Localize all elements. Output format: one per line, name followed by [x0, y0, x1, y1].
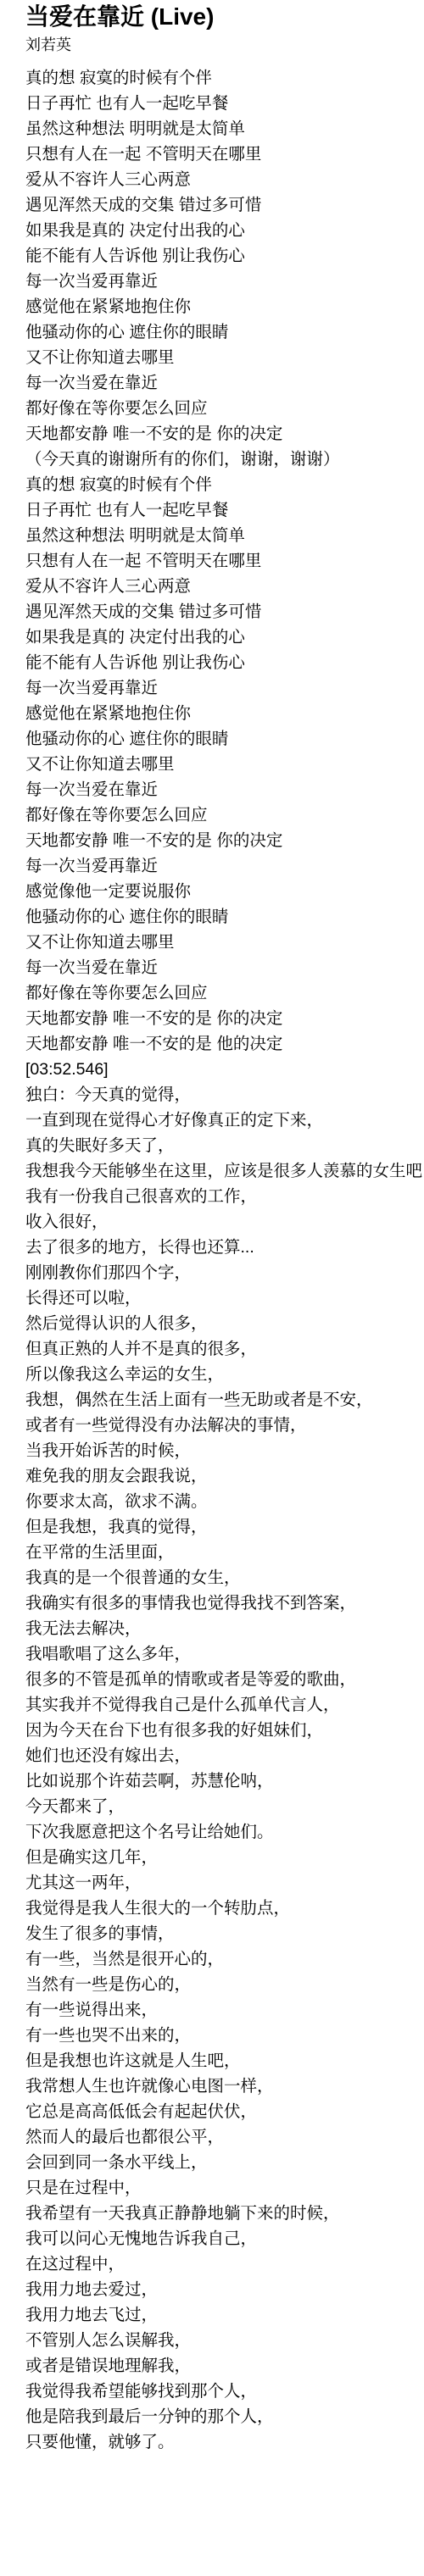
lyric-line: 他是陪我到最后一分钟的那个人， [25, 2404, 424, 2429]
lyric-line: 有一些说得出来， [25, 1997, 424, 2023]
lyric-line: 然后觉得认识的人很多， [25, 1311, 424, 1336]
lyric-line: 每一次当爱再靠近 [25, 269, 424, 294]
lyric-line: 又不让你知道去哪里 [25, 752, 424, 777]
lyric-line: 我确实有很多的事情我也觉得我找不到答案， [25, 1591, 424, 1616]
lyric-line: 但是确实这几年， [25, 1845, 424, 1870]
lyric-line: 比如说那个许茹芸啊，苏慧伦呐， [25, 1768, 424, 1794]
lyric-line: 尤其这一两年， [25, 1870, 424, 1896]
lyric-line: 又不让你知道去哪里 [25, 930, 424, 955]
lyric-line: 只是在过程中， [25, 2175, 424, 2201]
lyric-line: 都好像在等你要怎么回应 [25, 802, 424, 828]
lyric-line: 爱从不容许人三心两意 [25, 574, 424, 599]
lyric-line: 日子再忙 也有人一起吃早餐 [25, 91, 424, 116]
lyric-line: 天地都安静 唯一不安的是 你的决定 [25, 828, 424, 853]
lyric-line: 我可以问心无愧地告诉我自己， [25, 2226, 424, 2251]
lyric-line: [03:52.546] [25, 1057, 424, 1082]
lyric-line: 我真的是一个很普通的女生， [25, 1565, 424, 1591]
lyric-line: 长得还可以啦， [25, 1285, 424, 1311]
lyric-line: 当我开始诉苦的时候， [25, 1438, 424, 1463]
lyric-line: 感觉他在紧紧地抱住你 [25, 701, 424, 726]
lyric-line: 我想我今天能够坐在这里，应该是很多人羡慕的女生吧 [25, 1158, 424, 1184]
lyric-line: 一直到现在觉得心才好像真正的定下来， [25, 1108, 424, 1133]
lyric-line: 真的想 寂寞的时候有个伴 [25, 65, 424, 91]
lyric-line: 每一次当爱在靠近 [25, 370, 424, 396]
lyric-line: 我用力地去飞过， [25, 2302, 424, 2328]
lyric-line: 日子再忙 也有人一起吃早餐 [25, 497, 424, 523]
lyric-line: 真的想 寂寞的时候有个伴 [25, 472, 424, 497]
lyric-line: 或者有一些觉得没有办法解决的事情， [25, 1413, 424, 1438]
lyric-line: 今天都来了， [25, 1794, 424, 1819]
lyric-line: 或者是错误地理解我， [25, 2353, 424, 2379]
lyrics-page: 当爱在靠近 (Live) 刘若英 真的想 寂寞的时候有个伴日子再忙 也有人一起吃… [0, 0, 424, 2455]
lyric-line: 天地都安静 唯一不安的是 你的决定 [25, 1006, 424, 1031]
lyric-line: 真的失眠好多天了， [25, 1133, 424, 1158]
lyric-line: 虽然这种想法 明明就是太简单 [25, 116, 424, 142]
lyric-line: 他骚动你的心 遮住你的眼睛 [25, 319, 424, 345]
lyric-line: 刚刚教你们那四个字， [25, 1260, 424, 1285]
lyric-line: 他骚动你的心 遮住你的眼睛 [25, 726, 424, 752]
lyric-line: 能不能有人告诉他 别让我伤心 [25, 243, 424, 269]
lyric-line: 有一些也哭不出来的， [25, 2023, 424, 2048]
lyric-line: 我唱歌唱了这么多年， [25, 1641, 424, 1667]
lyric-line: 在这过程中， [25, 2251, 424, 2277]
lyric-line: 它总是高高低低会有起起伏伏， [25, 2099, 424, 2124]
lyric-line: 遇见浑然天成的交集 错过多可惜 [25, 599, 424, 625]
lyric-line: 每一次当爱再靠近 [25, 853, 424, 879]
lyric-line: 当然有一些是伤心的， [25, 1972, 424, 1997]
lyric-line: 难免我的朋友会跟我说， [25, 1463, 424, 1489]
lyric-line: 感觉像他一定要说服你 [25, 879, 424, 904]
lyric-line: 会回到同一条水平线上， [25, 2150, 424, 2175]
lyric-line: 都好像在等你要怎么回应 [25, 396, 424, 421]
lyrics-block: 真的想 寂寞的时候有个伴日子再忙 也有人一起吃早餐虽然这种想法 明明就是太简单只… [25, 65, 424, 2455]
lyric-line: 每一次当爱再靠近 [25, 675, 424, 701]
lyric-line: 只想有人在一起 不管明天在哪里 [25, 142, 424, 167]
lyric-line: 每一次当爱在靠近 [25, 777, 424, 802]
lyric-line: 你要求太高，欲求不满。 [25, 1489, 424, 1514]
lyric-line: 只要他懂，就够了。 [25, 2429, 424, 2455]
lyric-line: 很多的不管是孤单的情歌或者是等爱的歌曲， [25, 1667, 424, 1692]
lyric-line: 去了很多的地方，长得也还算... [25, 1235, 424, 1260]
lyric-line: 独白：今天真的觉得， [25, 1082, 424, 1108]
lyric-line: 虽然这种想法 明明就是太简单 [25, 523, 424, 548]
lyric-line: 我觉得是我人生很大的一个转肋点， [25, 1896, 424, 1921]
lyric-line: 遇见浑然天成的交集 错过多可惜 [25, 192, 424, 218]
lyric-line: 她们也还没有嫁出去， [25, 1743, 424, 1768]
lyric-line: 天地都安静 唯一不安的是 你的决定 [25, 421, 424, 447]
lyric-line: 不管别人怎么误解我， [25, 2328, 424, 2353]
lyric-line: 有一些，当然是很开心的， [25, 1946, 424, 1972]
lyric-line: 但真正熟的人并不是真的很多， [25, 1336, 424, 1362]
lyric-line: 都好像在等你要怎么回应 [25, 980, 424, 1006]
artist-name: 刘若英 [25, 36, 424, 54]
lyric-line: 我用力地去爱过， [25, 2277, 424, 2302]
lyric-line: 爱从不容许人三心两意 [25, 167, 424, 192]
lyric-line: 在平常的生活里面， [25, 1540, 424, 1565]
lyric-line: 如果我是真的 决定付出我的心 [25, 218, 424, 243]
lyric-line: （今天真的谢谢所有的你们，谢谢，谢谢） [25, 447, 424, 472]
lyric-line: 他骚动你的心 遮住你的眼睛 [25, 904, 424, 930]
lyric-line: 我希望有一天我真正静静地躺下来的时候， [25, 2201, 424, 2226]
lyric-line: 天地都安静 唯一不安的是 他的决定 [25, 1031, 424, 1057]
lyric-line: 下次我愿意把这个名号让给她们。 [25, 1819, 424, 1845]
lyric-line: 其实我并不觉得我自己是什么孤单代言人， [25, 1692, 424, 1718]
lyric-line: 我常想人生也许就像心电图一样， [25, 2074, 424, 2099]
lyric-line: 所以像我这么幸运的女生， [25, 1362, 424, 1387]
lyric-line: 我有一份我自己很喜欢的工作， [25, 1184, 424, 1209]
lyric-line: 但是我想，我真的觉得， [25, 1514, 424, 1540]
lyric-line: 但是我想也许这就是人生吧， [25, 2048, 424, 2074]
lyric-line: 发生了很多的事情， [25, 1921, 424, 1946]
lyric-line: 我无法去解决， [25, 1616, 424, 1641]
lyric-line: 如果我是真的 决定付出我的心 [25, 625, 424, 650]
lyric-line: 然而人的最后也都很公平， [25, 2124, 424, 2150]
lyric-line: 因为今天在台下也有很多我的好姐妹们， [25, 1718, 424, 1743]
lyric-line: 只想有人在一起 不管明天在哪里 [25, 548, 424, 574]
lyric-line: 收入很好， [25, 1209, 424, 1235]
song-title: 当爱在靠近 (Live) [25, 2, 424, 32]
lyric-line: 每一次当爱在靠近 [25, 955, 424, 980]
lyric-line: 我觉得我希望能够找到那个人， [25, 2379, 424, 2404]
lyric-line: 又不让你知道去哪里 [25, 345, 424, 370]
lyric-line: 感觉他在紧紧地抱住你 [25, 294, 424, 319]
lyric-line: 我想，偶然在生活上面有一些无助或者是不安， [25, 1387, 424, 1413]
lyric-line: 能不能有人告诉他 别让我伤心 [25, 650, 424, 675]
